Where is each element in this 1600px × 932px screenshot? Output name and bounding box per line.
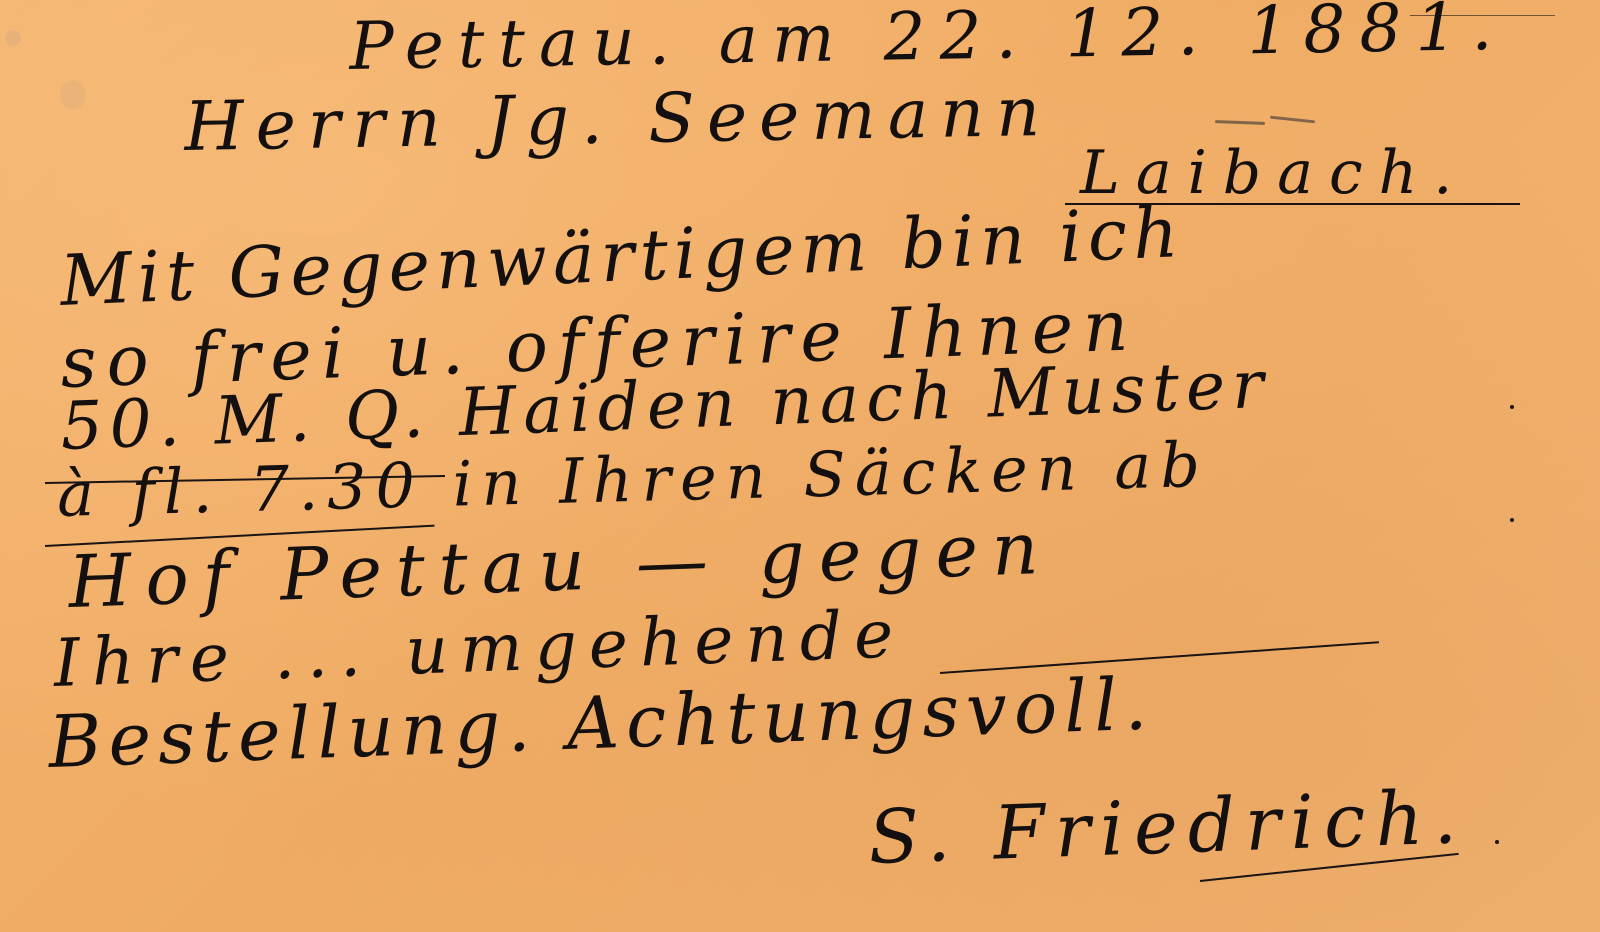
paper-stain [5, 30, 21, 46]
ink-dot [1510, 518, 1514, 522]
ink-dot [1495, 840, 1499, 844]
paper-stain [60, 80, 86, 110]
ink-dot [1510, 405, 1514, 409]
recipient-name: Herrn Jg. Seemann [184, 73, 1053, 167]
